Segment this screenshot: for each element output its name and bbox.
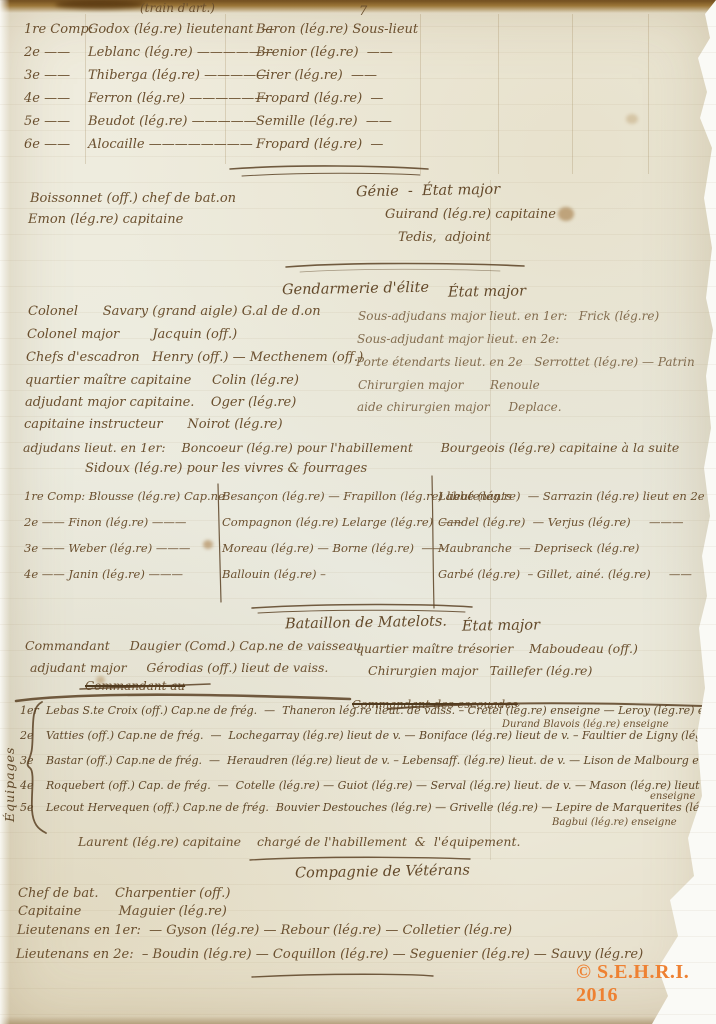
staff-line: aide chirurgien major Deplace. [357, 401, 562, 414]
veterans-title: Compagnie de Vétérans [295, 863, 470, 882]
genie-title: Génie - État major [356, 183, 500, 201]
officer-name: Cirer (lég.re) —— [256, 68, 377, 83]
ink-stain [558, 207, 574, 221]
torn-edge-shape [652, 0, 716, 1024]
company-number: 1re Comp: [24, 22, 93, 37]
company-number: 3e —— [24, 68, 70, 83]
inserted-name: Durand Blavois (lég.re) enseigne [502, 719, 669, 730]
train-row: 4e —— Ferron (lég.re) —————— Fropard (lé… [24, 91, 484, 111]
company-cell: Compagnon (lég.re) Lelarge (lég.re) —— [222, 515, 463, 529]
ruling-line [498, 14, 499, 174]
company-number: 4e [20, 779, 34, 792]
veterans-line: Capitaine Maguier (lég.re) [18, 905, 227, 919]
staff-line: quartier maître capitaine Colin (lég.re) [25, 374, 299, 388]
divider-line [300, 269, 500, 272]
company-cell: Labbé (lég.re) — Sarrazin (lég.re) lieut… [438, 489, 705, 503]
company-cell: Candel (lég.re) — Verjus (lég.re) ——— [438, 515, 683, 529]
divider-line [252, 974, 433, 977]
gendarmerie-company-row: 4e —— Janin (lég.re) ——— Ballouin (lég.r… [24, 567, 714, 587]
officer-name: Baron (lég.re) Sous-lieut [256, 22, 418, 37]
staff-line: adjudant major capitaine. Oger (lég.re) [25, 396, 296, 410]
matelots-title: Bataillon de Matelots. [285, 615, 447, 634]
paper-left-edge [0, 0, 10, 1024]
watermark: © S.E.H.R.I. 2016 [576, 961, 716, 1007]
divider-line [230, 166, 428, 169]
train-row: 2e —— Leblanc (lég.re) —————— Brenior (l… [24, 45, 484, 65]
inserted-name: Bagbui (lég.re) enseigne [552, 817, 677, 828]
train-row: 3e —— Thiberga (lég.re) ————— Cirer (lég… [24, 68, 484, 88]
officer-names: Bastar (off.) Cap.ne de frég. — Heraudre… [46, 754, 716, 767]
staff-line: Colonel Savary (grand aigle) G.al de d.o… [28, 305, 321, 319]
page-number: 7 [359, 5, 367, 19]
company-number: 2e [20, 729, 34, 742]
matelot-row: 4e Roquebert (off.) Cap. de frég. — Cote… [20, 779, 716, 799]
officer-name: Alocaille ———————— [88, 137, 253, 152]
company-cell: Moreau (lég.re) — Borne (lég.re) —— [222, 541, 444, 555]
matelots-subtitle: État major [462, 618, 540, 635]
matelots-footer: Laurent (lég.re) capitaine chargé de l'h… [78, 835, 520, 849]
officer-name: Leblanc (lég.re) —————— [88, 45, 275, 60]
section-note-train: (train d'art.) [140, 2, 215, 15]
em-line: Chirurgien major Taillefer (lég.re) [368, 664, 592, 678]
officer-names: Vatties (off.) Cap.ne de frég. — Lochega… [46, 729, 716, 742]
officer-name: Brenior (lég.re) —— [256, 45, 393, 60]
company-cell: Maubranche — Depriseck (lég.re) [438, 541, 639, 555]
officer-name: Fropard (lég.re) — [256, 91, 383, 106]
officer-name: Beudot (lég.re) ————— [88, 114, 257, 129]
train-row: 1re Comp: Godox (lég.re) lieutenant — Ba… [24, 22, 484, 42]
ruling-line [572, 14, 573, 174]
company-number: 5e —— [24, 114, 70, 129]
company-number: 3e [20, 754, 34, 767]
officer-names: Lecout Hervequen (off.) Cap.ne de frég. … [46, 801, 716, 814]
company-number: 2e —— [24, 45, 70, 60]
company-cell: 3e —— Weber (lég.re) ——— [24, 541, 190, 555]
veterans-line: Lieutenans en 2e: – Boudin (lég.re) — Co… [16, 948, 643, 962]
em-line-struck: Commandant au [85, 680, 185, 693]
em-line: quartier maître trésorier Maboudeau (off… [356, 642, 638, 656]
em-line: Commandant Daugier (Comd.) Cap.ne de vai… [25, 639, 361, 653]
divider-line [286, 264, 524, 268]
gendarmerie-title: Gendarmerie d'élite [282, 281, 429, 300]
genie-officer: Guirand (lég.re) capitaine [385, 208, 556, 222]
company-cell: Ballouin (lég.re) – [222, 567, 326, 581]
veterans-line: Chef de bat. Charpentier (off.) [18, 887, 230, 901]
company-number: 4e —— [24, 91, 70, 106]
officer-name: Semille (lég.re) —— [256, 114, 392, 129]
paper-bottom-edge [0, 1016, 716, 1024]
divider-line [258, 610, 465, 613]
officer-name: Ferron (lég.re) —————— [88, 91, 267, 106]
staff-line: Chirurgien major Renoule [358, 379, 540, 392]
officer-name: Thiberga (lég.re) ————— [88, 68, 269, 83]
paper-top-edge-stain [55, 0, 145, 9]
matelot-row: 3e Bastar (off.) Cap.ne de frég. — Herau… [20, 754, 716, 774]
staff-line: Colonel major Jacquin (off.) [27, 328, 237, 342]
company-number: 5e [20, 801, 34, 814]
manuscript-page: (train d'art.) 7 1re Comp: Godox (lég.re… [0, 0, 716, 1024]
gendarmerie-company-row: 1re Comp: Blousse (lég.re) Cap.ne Besanç… [24, 489, 714, 509]
company-cell: 1re Comp: Blousse (lég.re) Cap.ne [24, 489, 225, 503]
staff-line: Chefs d'escadron Henry (off.) — Mecthene… [26, 351, 363, 365]
heavy-rule [16, 695, 350, 701]
ruling-line [648, 14, 649, 174]
genie-officer: Emon (lég.re) capitaine [28, 213, 183, 227]
genie-officer: Boissonnet (off.) chef de bat.on [30, 192, 236, 206]
company-number: 6e —— [24, 137, 70, 152]
staff-line: capitaine instructeur Noirot (lég.re) [24, 418, 283, 432]
divider-line [252, 605, 472, 609]
gendarmerie-company-row: 3e —— Weber (lég.re) ——— Moreau (lég.re)… [24, 541, 714, 561]
company-cell: 4e —— Janin (lég.re) ——— [24, 567, 183, 581]
officer-names: Lebas S.te Croix (off.) Cap.ne de frég. … [46, 704, 716, 717]
divider-line [250, 857, 470, 860]
matelot-row: 2e Vatties (off.) Cap.ne de frég. — Loch… [20, 729, 716, 749]
officer-name: Godox (lég.re) lieutenant — [88, 22, 275, 37]
staff-line: Porte étendarts lieut. en 2e Serrottet (… [356, 356, 695, 369]
officer-names: Roquebert (off.) Cap. de frég. — Cotelle… [46, 779, 716, 792]
staff-line: adjudans lieut. en 1er: Boncoeur (lég.re… [23, 441, 679, 455]
ink-stain [626, 114, 638, 124]
staff-line: Sous-adjudans major lieut. en 1er: Frick… [358, 310, 659, 323]
staff-line: Sidoux (lég.re) pour les vivres & fourra… [85, 462, 367, 476]
em-line: adjudant major Gérodias (off.) lieut de … [30, 661, 328, 675]
company-cell: 2e —— Finon (lég.re) ——— [24, 515, 186, 529]
company-number: 1er [20, 704, 39, 717]
divider-line [242, 173, 420, 176]
train-row: 6e —— Alocaille ———————— Fropard (lég.re… [24, 137, 484, 157]
officer-name: Fropard (lég.re) — [256, 137, 383, 152]
gendarmerie-company-row: 2e —— Finon (lég.re) ——— Compagnon (lég.… [24, 515, 714, 535]
veterans-line: Lieutenans en 1er: — Gyson (lég.re) — Re… [17, 924, 512, 938]
staff-line: Sous-adjudant major lieut. en 2e: [357, 333, 559, 346]
gendarmerie-subtitle: État major [448, 284, 526, 301]
train-row: 5e —— Beudot (lég.re) ————— Semille (lég… [24, 114, 484, 134]
genie-officer: Tedis, adjoint [398, 231, 491, 245]
company-cell: Garbé (lég.re) – Gillet, ainé. (lég.re) … [438, 567, 692, 581]
margin-label-equipages: Équipages [2, 712, 17, 822]
